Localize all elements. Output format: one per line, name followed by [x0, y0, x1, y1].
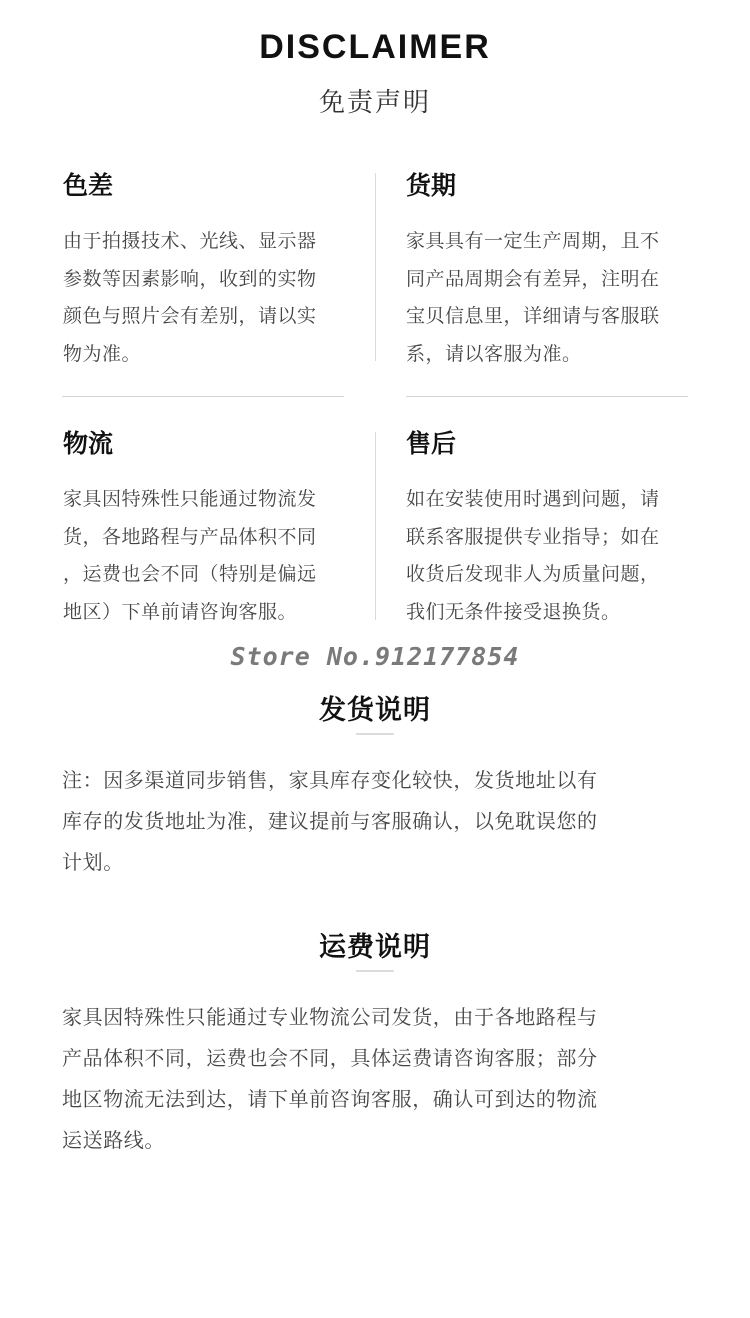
section-text: 家具因特殊性只能通过物流发 货，各地路程与产品体积不同 ，运费也会不同（特别是偏…: [63, 481, 353, 631]
section-color-difference: 色差 由于拍摄技术、光线、显示器 参数等因素影响，收到的实物 颜色与照片会有差别…: [63, 171, 353, 373]
section-text: 家具具有一定生产周期，且不 同产品周期会有差异，注明在 宝贝信息里，详细请与客服…: [406, 223, 696, 373]
section-logistics: 物流 家具因特殊性只能通过物流发 货，各地路程与产品体积不同 ，运费也会不同（特…: [63, 429, 353, 631]
freight-title: 运费说明: [0, 925, 750, 964]
freight-title-underline: [356, 970, 394, 972]
section-delivery-time: 货期 家具具有一定生产周期，且不 同产品周期会有差异，注明在 宝贝信息里，详细请…: [406, 171, 696, 373]
freight-text: 家具因特殊性只能通过专业物流公司发货，由于各地路程与 产品体积不同，运费也会不同…: [62, 997, 692, 1161]
section-title: 色差: [63, 171, 353, 201]
section-title: 售后: [406, 429, 696, 459]
section-text: 如在安装使用时遇到问题，请 联系客服提供专业指导；如在 收货后发现非人为质量问题…: [406, 481, 696, 631]
shipping-text: 注：因多渠道同步销售，家具库存变化较快，发货地址以有 库存的发货地址为准，建议提…: [62, 760, 692, 883]
section-title: 物流: [63, 429, 353, 459]
disclaimer-title: DISCLAIMER: [0, 28, 750, 67]
disclaimer-subtitle: 免责声明: [0, 82, 750, 119]
store-watermark: Store No.912177854: [0, 642, 750, 671]
shipping-title: 发货说明: [0, 688, 750, 727]
vertical-divider-top: [375, 173, 376, 361]
horizontal-divider-right: [406, 396, 688, 397]
shipping-title-underline: [356, 733, 394, 735]
section-title: 货期: [406, 171, 696, 201]
horizontal-divider-left: [62, 396, 344, 397]
vertical-divider-bottom: [375, 432, 376, 620]
section-after-sales: 售后 如在安装使用时遇到问题，请 联系客服提供专业指导；如在 收货后发现非人为质…: [406, 429, 696, 631]
section-text: 由于拍摄技术、光线、显示器 参数等因素影响，收到的实物 颜色与照片会有差别，请以…: [63, 223, 353, 373]
